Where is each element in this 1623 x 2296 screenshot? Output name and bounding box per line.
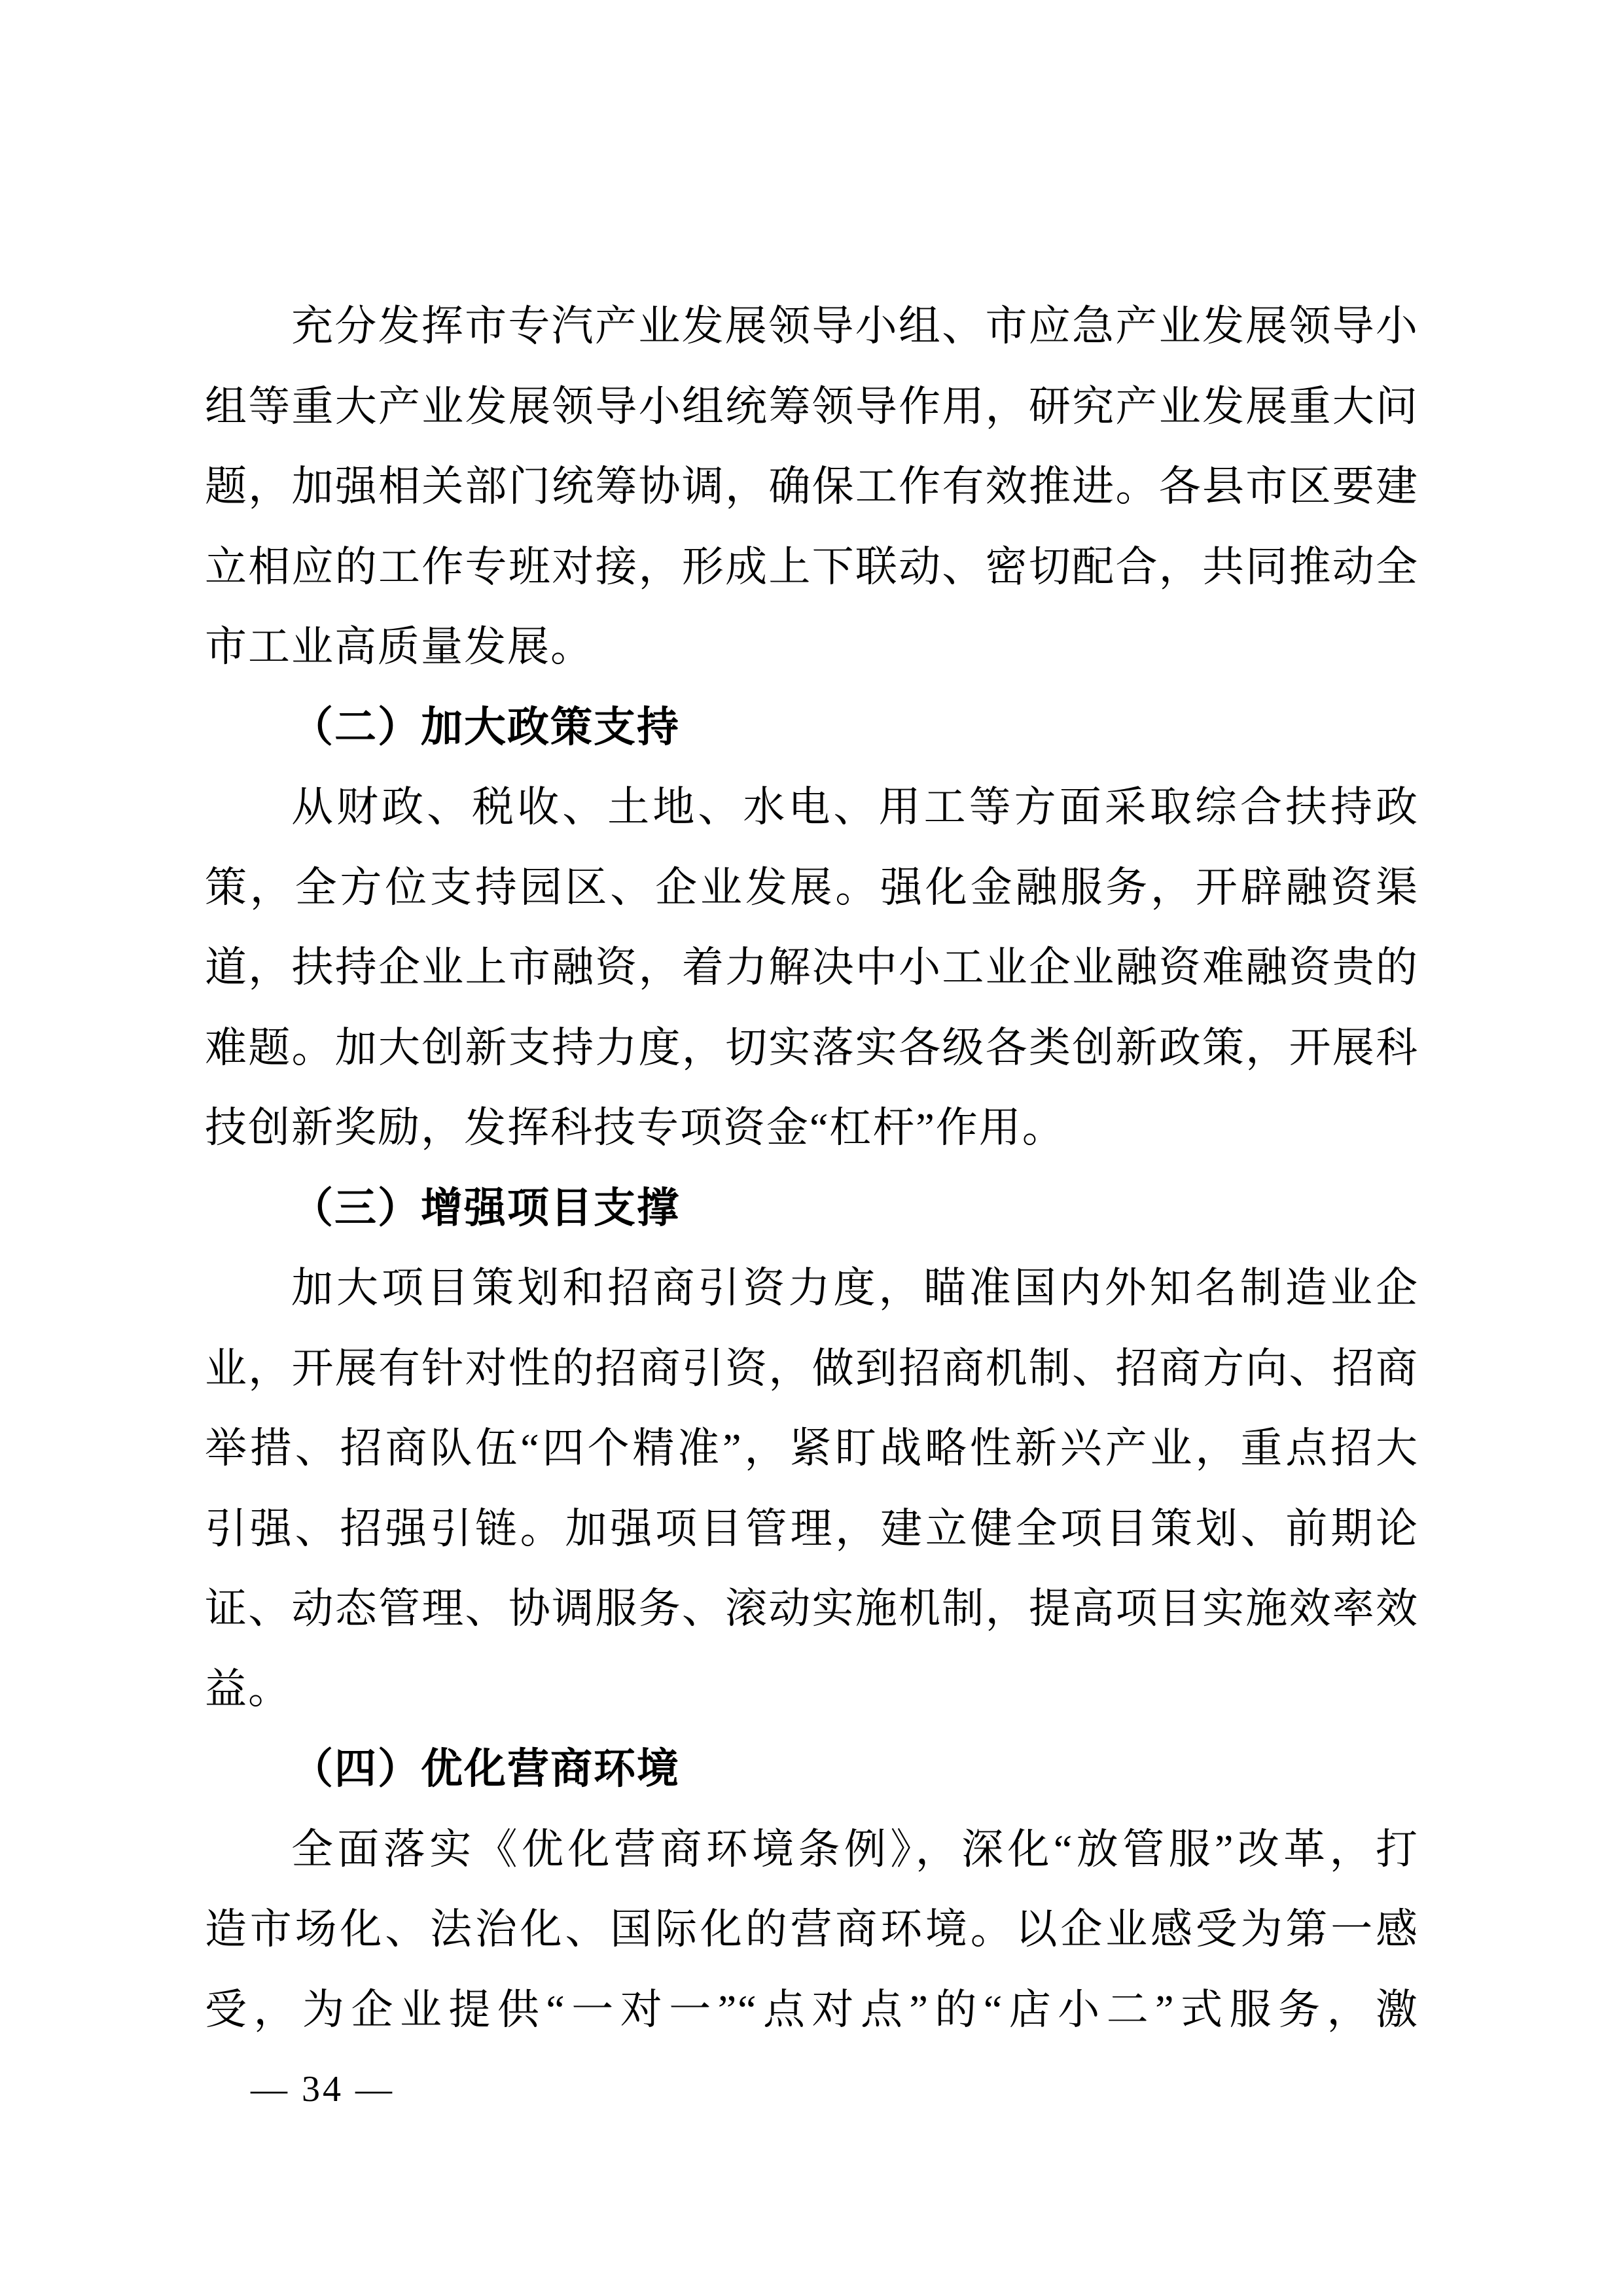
- paragraph-line: 造市场化、法治化、国际化的营商环境。以企业感受为第一感: [205, 1890, 1419, 1970]
- paragraph-line: 业，开展有针对性的招商引资，做到招商机制、招商方向、招商: [205, 1329, 1419, 1409]
- paragraph-line: 题，加强相关部门统筹协调，确保工作有效推进。各县市区要建: [205, 447, 1419, 527]
- section-heading-2: （二）加大政策支持: [205, 688, 1419, 768]
- paragraph: 充分发挥市专汽产业发展领导小组、市应急产业发展领导小 组等重大产业发展领导小组统…: [205, 287, 1419, 688]
- paragraph-line: 难题。加大创新支持力度，切实落实各级各类创新政策，开展科: [205, 1008, 1419, 1089]
- paragraph-line: 引强、招强引链。加强项目管理，建立健全项目策划、前期论: [205, 1489, 1419, 1570]
- paragraph-line: 市工业高质量发展。: [205, 607, 1419, 688]
- paragraph-line: 技创新奖励，发挥科技专项资金“杠杆”作用。: [205, 1088, 1419, 1169]
- paragraph-line: 证、动态管理、协调服务、滚动实施机制，提高项目实施效率效: [205, 1569, 1419, 1650]
- document-page: 充分发挥市专汽产业发展领导小组、市应急产业发展领导小 组等重大产业发展领导小组统…: [0, 0, 1623, 2296]
- paragraph-line: 策，全方位支持园区、企业发展。强化金融服务，开辟融资渠: [205, 848, 1419, 928]
- paragraph-line: 立相应的工作专班对接，形成上下联动、密切配合，共同推动全: [205, 527, 1419, 608]
- paragraph-line: 全面落实《优化营商环境条例》，深化“放管服”改革，打: [205, 1810, 1419, 1890]
- paragraph-line: 受，为企业提供“一对一”“点对点”的“店小二”式服务，激: [205, 1970, 1419, 2051]
- paragraph-line: 组等重大产业发展领导小组统筹领导作用，研究产业发展重大问: [205, 367, 1419, 448]
- paragraph-line: 加大项目策划和招商引资力度，瞄准国内外知名制造业企: [205, 1248, 1419, 1329]
- paragraph: 从财政、税收、土地、水电、用工等方面采取综合扶持政 策，全方位支持园区、企业发展…: [205, 768, 1419, 1169]
- paragraph-line: 充分发挥市专汽产业发展领导小组、市应急产业发展领导小: [205, 287, 1419, 367]
- section-heading-4: （四）优化营商环境: [205, 1729, 1419, 1810]
- paragraph-line: 益。: [205, 1650, 1419, 1730]
- section-heading-3: （三）增强项目支撑: [205, 1169, 1419, 1249]
- paragraph: 全面落实《优化营商环境条例》，深化“放管服”改革，打 造市场化、法治化、国际化的…: [205, 1810, 1419, 2051]
- paragraph-line: 从财政、税收、土地、水电、用工等方面采取综合扶持政: [205, 768, 1419, 848]
- paragraph-line: 道，扶持企业上市融资，着力解决中小工业企业融资难融资贵的: [205, 928, 1419, 1008]
- document-body: 充分发挥市专汽产业发展领导小组、市应急产业发展领导小 组等重大产业发展领导小组统…: [205, 287, 1419, 2050]
- page-number: — 34 —: [251, 2066, 395, 2112]
- paragraph: 加大项目策划和招商引资力度，瞄准国内外知名制造业企 业，开展有针对性的招商引资，…: [205, 1248, 1419, 1729]
- paragraph-line: 举措、招商队伍“四个精准”，紧盯战略性新兴产业，重点招大: [205, 1409, 1419, 1489]
